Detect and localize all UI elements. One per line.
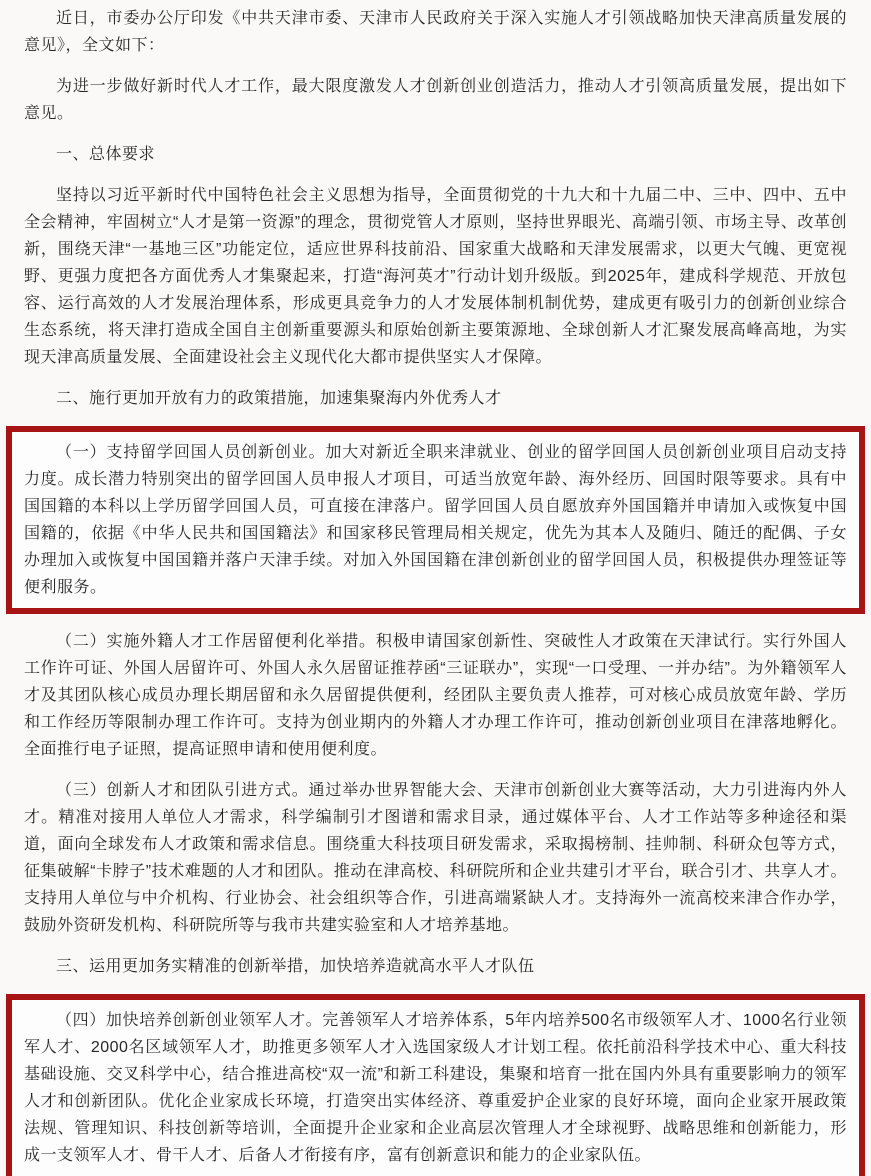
highlight-box-returnee-talent: （一）支持留学回国人员创新创业。加大对新近全职来津就业、创业的留学回国人员创新创… bbox=[6, 426, 865, 614]
paragraph-preamble: 为进一步做好新时代人才工作，最大限度激发人才创新创业创造活力，推动人才引领高质量… bbox=[24, 73, 847, 127]
paragraph-item-1: （一）支持留学回国人员创新创业。加大对新近全职来津就业、创业的留学回国人员创新创… bbox=[24, 439, 847, 601]
paragraph-item-2: （二）实施外籍人才工作居留便利化举措。积极申请国家创新性、突破性人才政策在天津试… bbox=[24, 628, 847, 763]
highlight-box-leading-talent: （四）加快培养创新创业领军人才。完善领军人才培养体系，5年内培养500名市级领军… bbox=[6, 994, 865, 1176]
paragraph-doc-intro: 近日，市委办公厅印发《中共天津市委、天津市人民政府关于深入实施人才引领战略加快天… bbox=[24, 5, 847, 59]
paragraph-general-requirements: 坚持以习近平新时代中国特色社会主义思想为指导，全面贯彻党的十九大和十九届二中、三… bbox=[24, 182, 847, 371]
paragraph-item-4: （四）加快培养创新创业领军人才。完善领军人才培养体系，5年内培养500名市级领军… bbox=[24, 1007, 847, 1169]
heading-section-3: 三、运用更加务实精准的创新举措，加快培养造就高水平人才队伍 bbox=[24, 953, 847, 980]
policy-document: 近日，市委办公厅印发《中共天津市委、天津市人民政府关于深入实施人才引领战略加快天… bbox=[0, 0, 871, 1176]
heading-section-1: 一、总体要求 bbox=[24, 141, 847, 168]
paragraph-item-3: （三）创新人才和团队引进方式。通过举办世界智能大会、天津市创新创业大赛等活动，大… bbox=[24, 777, 847, 939]
heading-section-2: 二、施行更加开放有力的政策措施，加速集聚海内外优秀人才 bbox=[24, 385, 847, 412]
